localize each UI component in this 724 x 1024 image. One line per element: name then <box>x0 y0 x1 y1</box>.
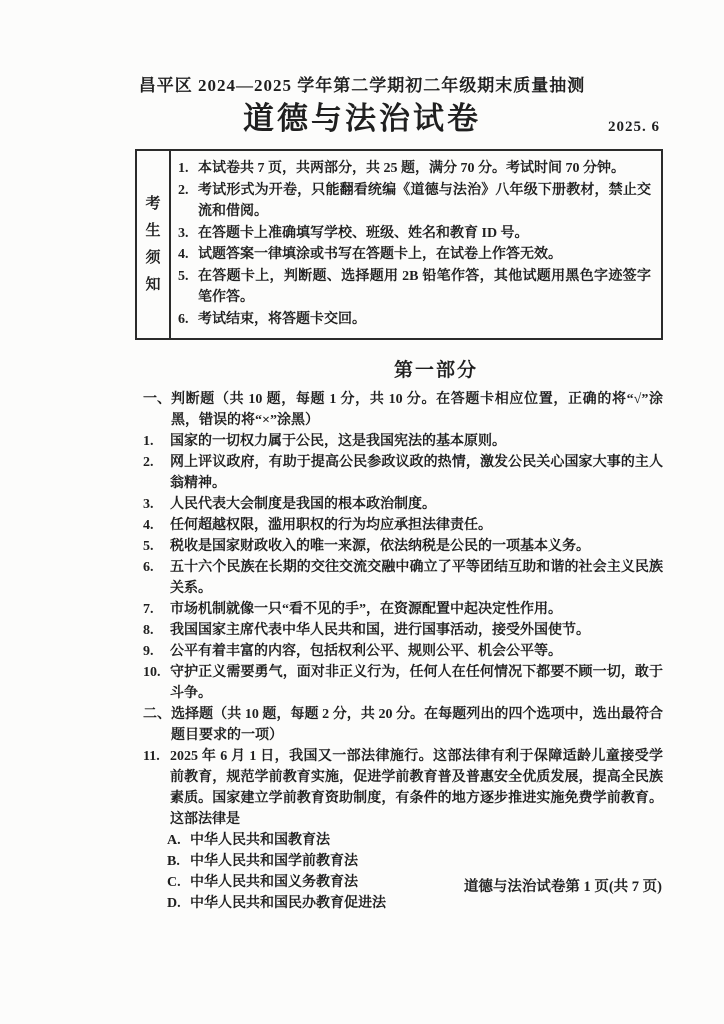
question-text: 网上评议政府，有助于提高公民参政议政的热情，激发公民关心国家大事的主人翁精神。 <box>170 452 663 494</box>
question-number: 1. <box>143 431 170 452</box>
option-letter: A. <box>167 830 190 851</box>
section-intro: 判断题（共 10 题，每题 1 分，共 10 分。在答题卡相应位置，正确的将“√… <box>171 389 663 431</box>
question-text: 五十六个民族在长期的交往交流交融中确立了平等团结互助和谐的社会主义民族关系。 <box>170 557 663 599</box>
judgment-question: 4. 任何超越权限，滥用职权的行为均应承担法律责任。 <box>135 515 663 536</box>
option-text: 中华人民共和国教育法 <box>190 830 663 851</box>
notice-item-number: 1. <box>178 158 198 180</box>
exam-date: 2025. 6 <box>608 119 660 136</box>
question-text: 守护正义需要勇气，面对非正义行为，任何人在任何情况下都要不顾一切，敢于斗争。 <box>170 662 663 704</box>
question-text: 任何超越权限，滥用职权的行为均应承担法律责任。 <box>170 515 663 536</box>
question-text: 公平有着丰富的内容，包括权利公平、规则公平、机会公平等。 <box>170 641 663 662</box>
notice-item: 5. 在答题卡上，判断题、选择题用 2B 铅笔作答，其他试题用黑色字迹签字笔作答… <box>178 266 651 309</box>
question-number: 9. <box>143 641 170 662</box>
notice-side-char: 生 <box>145 221 160 241</box>
notice-item-number: 3. <box>178 223 198 245</box>
notice-item: 2. 考试形式为开卷，只能翻看统编《道德与法治》八年级下册教材，禁止交流和借阅。 <box>178 180 651 223</box>
judgment-question: 8. 我国国家主席代表中华人民共和国，进行国事活动，接受外国使节。 <box>135 620 663 641</box>
section-intro: 选择题（共 10 题，每题 2 分，共 20 分。在每题列出的四个选项中，选出最… <box>171 704 663 746</box>
notice-item-text: 考试形式为开卷，只能翻看统编《道德与法治》八年级下册教材，禁止交流和借阅。 <box>198 180 651 223</box>
section-label: 一、 <box>143 389 171 431</box>
candidate-notice-box: 考 生 须 知 1. 本试卷共 7 页，共两部分，共 25 题，满分 70 分。… <box>135 149 663 340</box>
question-number: 5. <box>143 536 170 557</box>
judgment-question: 3. 人民代表大会制度是我国的根本政治制度。 <box>135 494 663 515</box>
notice-item: 3. 在答题卡上准确填写学校、班级、姓名和教育 ID 号。 <box>178 223 651 245</box>
section-judgment-heading: 一、 判断题（共 10 题，每题 1 分，共 10 分。在答题卡相应位置，正确的… <box>135 389 663 431</box>
option-letter: B. <box>167 851 190 872</box>
question-number: 10. <box>143 662 170 704</box>
section-choice-heading: 二、 选择题（共 10 题，每题 2 分，共 20 分。在每题列出的四个选项中，… <box>135 704 663 746</box>
judgment-question: 7. 市场机制就像一只“看不见的手”，在资源配置中起决定性作用。 <box>135 599 663 620</box>
notice-item-text: 在答题卡上准确填写学校、班级、姓名和教育 ID 号。 <box>198 223 651 245</box>
option-d: D. 中华人民共和国民办教育促进法 <box>135 893 663 914</box>
notice-side-char: 考 <box>145 194 160 214</box>
notice-item-number: 5. <box>178 266 198 309</box>
judgment-question: 9. 公平有着丰富的内容，包括权利公平、规则公平、机会公平等。 <box>135 641 663 662</box>
notice-side-label: 考 生 须 知 <box>137 151 171 338</box>
question-text: 我国国家主席代表中华人民共和国，进行国事活动，接受外国使节。 <box>170 620 663 641</box>
option-letter: D. <box>167 893 190 914</box>
title-row: 道德与法治试卷 2025. 6 <box>0 98 724 140</box>
page-body: 考 生 须 知 1. 本试卷共 7 页，共两部分，共 25 题，满分 70 分。… <box>135 149 663 914</box>
option-text: 中华人民共和国民办教育促进法 <box>190 893 663 914</box>
notice-item-list: 1. 本试卷共 7 页，共两部分，共 25 题，满分 70 分。考试时间 70 … <box>171 151 661 338</box>
exam-paper-page: 昌平区 2024—2025 学年第二学期初二年级期末质量抽测 道德与法治试卷 2… <box>0 0 724 1024</box>
question-text: 市场机制就像一只“看不见的手”，在资源配置中起决定性作用。 <box>170 599 663 620</box>
option-letter: C. <box>167 872 190 893</box>
page-footer: 道德与法治试卷第 1 页(共 7 页) <box>464 875 662 896</box>
notice-item-number: 6. <box>178 309 198 331</box>
notice-item-number: 2. <box>178 180 198 223</box>
section-label: 二、 <box>143 704 171 746</box>
question-number: 6. <box>143 557 170 599</box>
notice-item-text: 试题答案一律填涂或书写在答题卡上，在试卷上作答无效。 <box>198 244 651 266</box>
notice-item: 1. 本试卷共 7 页，共两部分，共 25 题，满分 70 分。考试时间 70 … <box>178 158 651 180</box>
judgment-question: 1. 国家的一切权力属于公民，这是我国宪法的基本原则。 <box>135 431 663 452</box>
question-number: 4. <box>143 515 170 536</box>
choice-question-11: 11. 2025 年 6 月 1 日，我国又一部法律施行。这部法律有利于保障适龄… <box>135 746 663 830</box>
question-text: 税收是国家财政收入的唯一来源，依法纳税是公民的一项基本义务。 <box>170 536 663 557</box>
page-title: 道德与法治试卷 <box>243 98 481 140</box>
notice-item: 4. 试题答案一律填涂或书写在答题卡上，在试卷上作答无效。 <box>178 244 651 266</box>
exam-header-line: 昌平区 2024—2025 学年第二学期初二年级期末质量抽测 <box>0 0 724 96</box>
question-text: 国家的一切权力属于公民，这是我国宪法的基本原则。 <box>170 431 663 452</box>
option-text: 中华人民共和国学前教育法 <box>190 851 663 872</box>
judgment-question: 6. 五十六个民族在长期的交往交流交融中确立了平等团结互助和谐的社会主义民族关系… <box>135 557 663 599</box>
option-b: B. 中华人民共和国学前教育法 <box>135 851 663 872</box>
notice-item: 6. 考试结束，将答题卡交回。 <box>178 309 651 331</box>
question-number: 11. <box>143 746 170 830</box>
question-number: 2. <box>143 452 170 494</box>
option-a: A. 中华人民共和国教育法 <box>135 830 663 851</box>
judgment-question: 5. 税收是国家财政收入的唯一来源，依法纳税是公民的一项基本义务。 <box>135 536 663 557</box>
question-number: 7. <box>143 599 170 620</box>
notice-side-char: 须 <box>145 248 160 268</box>
part-one-heading: 第一部分 <box>74 360 724 381</box>
question-text: 人民代表大会制度是我国的根本政治制度。 <box>170 494 663 515</box>
notice-item-text: 本试卷共 7 页，共两部分，共 25 题，满分 70 分。考试时间 70 分钟。 <box>198 158 651 180</box>
notice-item-text: 考试结束，将答题卡交回。 <box>198 309 651 331</box>
question-number: 8. <box>143 620 170 641</box>
notice-item-text: 在答题卡上，判断题、选择题用 2B 铅笔作答，其他试题用黑色字迹签字笔作答。 <box>198 266 651 309</box>
question-number: 3. <box>143 494 170 515</box>
notice-item-number: 4. <box>178 244 198 266</box>
judgment-question: 2. 网上评议政府，有助于提高公民参政议政的热情，激发公民关心国家大事的主人翁精… <box>135 452 663 494</box>
notice-side-char: 知 <box>145 275 160 295</box>
judgment-question: 10. 守护正义需要勇气，面对非正义行为，任何人在任何情况下都要不顾一切，敢于斗… <box>135 662 663 704</box>
question-text: 2025 年 6 月 1 日，我国又一部法律施行。这部法律有利于保障适龄儿童接受… <box>170 746 663 830</box>
